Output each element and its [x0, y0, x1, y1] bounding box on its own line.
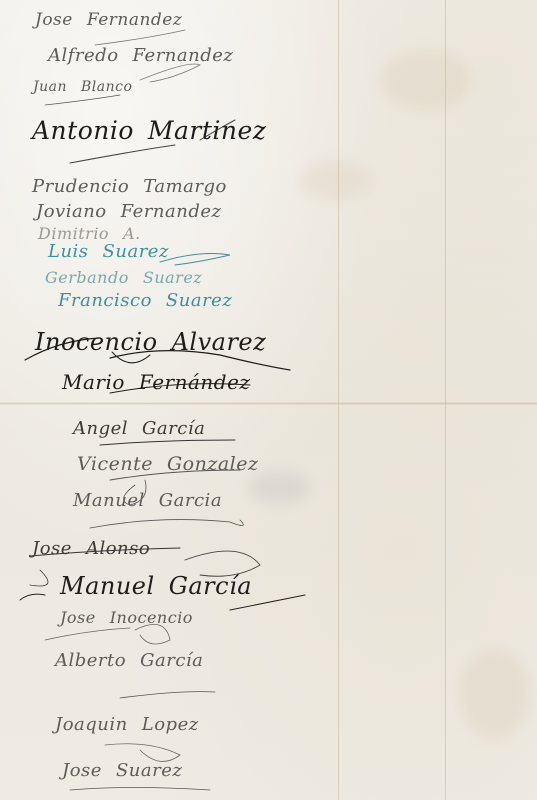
fold-line-vertical — [445, 0, 446, 800]
signature-last-name: Suarez — [143, 270, 202, 286]
signature-last-name: Fernandez — [121, 203, 222, 221]
signature: JoaquinLopez — [55, 716, 199, 734]
signature: AntonioMartinez — [32, 118, 266, 143]
signature: JuanBlanco — [33, 80, 132, 94]
signature-last-name: García — [140, 652, 203, 670]
signature-last-name: Blanco — [81, 80, 132, 94]
signature-last-name: Alvarez — [172, 330, 267, 354]
signature: AngelGarcía — [73, 420, 205, 438]
signature-last-name: García — [169, 574, 252, 598]
signature-last-name: A. — [123, 226, 141, 242]
signature-last-name: Gonzalez — [167, 455, 259, 474]
signature-first-name: Joviano — [36, 203, 107, 221]
signature: JoseSuarez — [62, 762, 182, 780]
signature-last-name: Fernandez — [133, 47, 234, 65]
signature: MarioFernández — [62, 372, 250, 392]
signature-last-name: Martinez — [148, 118, 267, 143]
paper-stain — [250, 470, 310, 505]
signature: DimitrioA. — [38, 226, 141, 242]
signature: JoseAlonso — [32, 540, 150, 558]
signature-first-name: Jose — [35, 12, 73, 29]
signature-last-name: Alonso — [86, 540, 150, 558]
signature-last-name: Suarez — [103, 243, 169, 261]
signature-last-name: Tamargo — [143, 178, 227, 196]
signature: VicenteGonzalez — [77, 455, 259, 474]
signature: InocencioAlvarez — [35, 330, 266, 354]
signature: PrudencioTamargo — [32, 178, 227, 196]
signature-last-name: Lopez — [142, 716, 199, 734]
signature-first-name: Dimitrio — [38, 226, 109, 242]
signature-first-name: Manuel — [60, 574, 155, 598]
signature-last-name: García — [142, 420, 205, 438]
signature: JoseInocencio — [60, 610, 193, 626]
paper-stain — [460, 650, 530, 740]
signature-last-name: Suarez — [166, 292, 232, 310]
signature-first-name: Alfredo — [48, 47, 119, 65]
signature-last-name: Fernández — [139, 372, 251, 392]
signature-first-name: Inocencio — [35, 330, 158, 354]
signature-first-name: Manuel — [73, 492, 145, 510]
signature: JovianoFernandez — [36, 203, 221, 221]
signature-first-name: Alberto — [55, 652, 126, 670]
signature: AlfredoFernandez — [48, 47, 233, 65]
signature-first-name: Gerbando — [45, 270, 129, 286]
signature-first-name: Jose — [62, 762, 102, 780]
signature-first-name: Angel — [73, 420, 128, 438]
signature-first-name: Joaquin — [55, 716, 128, 734]
paper-stain — [380, 50, 470, 110]
signature: JoseFernandez — [35, 12, 182, 29]
signature-last-name: Suarez — [116, 762, 182, 780]
signature: FranciscoSuarez — [58, 292, 232, 310]
signature: LuisSuarez — [48, 243, 169, 261]
signature-first-name: Francisco — [58, 292, 152, 310]
signature-last-name: Fernandez — [87, 12, 183, 29]
signature-first-name: Mario — [62, 372, 125, 392]
signature-first-name: Luis — [48, 243, 89, 261]
signature-first-name: Jose — [60, 610, 96, 626]
signature-last-name: Garcia — [159, 492, 222, 510]
signature: ManuelGarcia — [73, 492, 222, 510]
signature: GerbandoSuarez — [45, 270, 202, 286]
fold-line-vertical — [338, 0, 339, 800]
signature: ManuelGarcía — [60, 574, 252, 598]
signature-first-name: Antonio — [32, 118, 134, 143]
document-page: JoseFernandez AlfredoFernandez JuanBlanc… — [0, 0, 537, 800]
signature-first-name: Vicente — [77, 455, 153, 474]
fold-line-horizontal — [0, 402, 537, 405]
signature-first-name: Juan — [33, 80, 67, 94]
signature-last-name: Inocencio — [110, 610, 193, 626]
signature-first-name: Prudencio — [32, 178, 129, 196]
paper-stain — [300, 160, 370, 200]
signature: AlbertoGarcía — [55, 652, 203, 670]
signature-first-name: Jose — [32, 540, 72, 558]
